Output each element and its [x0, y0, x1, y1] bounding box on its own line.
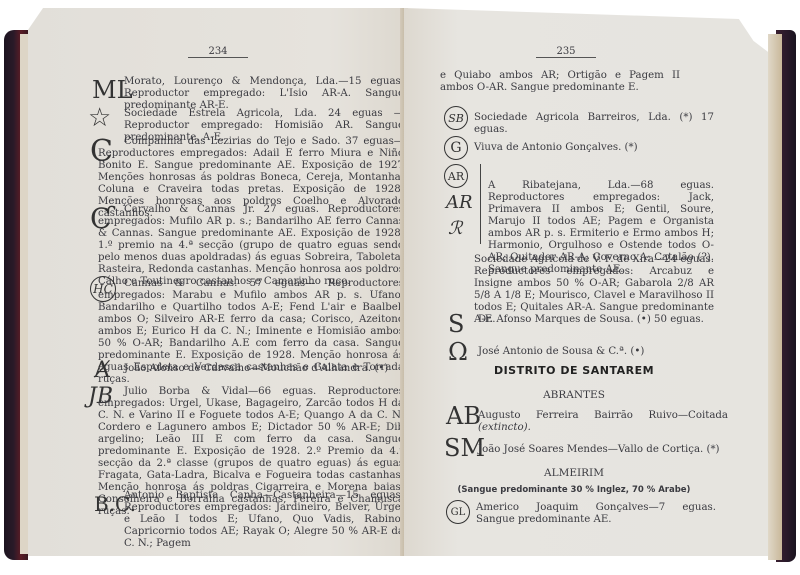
brand-mark-ar-circle-icon: AR	[444, 164, 468, 188]
page-edges-right	[768, 34, 782, 560]
brand-mark-js-icon: Ω	[448, 338, 468, 366]
page-number: 234	[188, 46, 248, 58]
brand-mark-g-circle-icon: G	[444, 136, 468, 160]
brand-mark-ar-icon: AR	[446, 192, 473, 213]
entry-morato: Morato, Lourenço & Mendonça, Lda.—15 egu…	[124, 76, 404, 112]
page-number: 235	[536, 46, 596, 58]
entry-continuation: e Quiabo ambos AR; Ortigão e Pagem II am…	[440, 70, 680, 94]
section-heading-abrantes: ABRANTES	[464, 389, 684, 401]
brand-mark-as-icon: S	[448, 310, 464, 338]
section-heading-almeirim: ALMEIRIM	[464, 467, 684, 479]
entry-jose-sousa: José Antonio de Sousa & C.ª. (•)	[478, 346, 718, 358]
bracket-line	[480, 164, 481, 244]
entry-joao-afonso: João Afonso de Carvalho—Mouchão d'Alhand…	[124, 363, 404, 375]
entry-viuva-goncalves: Viuva de Antonio Gonçalves. (*)	[474, 142, 714, 154]
brand-mark-gl-circle-icon: GL	[446, 500, 470, 524]
brand-mark-cross-a-icon: Ⱥ	[94, 358, 110, 383]
entry-afonso-marques: Dr. Afonso Marques de Sousa. (•) 50 egua…	[478, 314, 718, 326]
left-page: 234 ML Morato, Lourenço & Mendonça, Lda.…	[28, 8, 404, 556]
entry-bairrao-ruivo: Augusto Ferreira Bairrão Ruivo—Coitada (…	[478, 410, 728, 434]
brand-mark-star-icon: ☆	[88, 103, 111, 133]
brand-mark-sr-icon: ℛ	[448, 218, 462, 239]
district-heading: DISTRITO DE SANTAREM	[464, 364, 684, 377]
entry-antonio-baptista: Antonio Baptista Canha—Castanheira—15 eg…	[124, 490, 404, 550]
brand-mark-ab-icon: AB	[446, 402, 481, 430]
entry-barreiros: Sociedade Agricola Barreiros, Lda. (*) 1…	[474, 112, 714, 136]
entry-carvalho-cannas: Carvalho & Cannas Jr. 27 eguas. Reproduc…	[98, 204, 404, 288]
entry-soares-mendes: João José Soares Mendes—Vallo de Cortiça…	[478, 444, 728, 456]
brand-mark-sb-circle-icon: SB	[444, 106, 468, 130]
section-subheading-almeirim: (Sangue predominante 30 % Inglez, 70 % A…	[454, 485, 694, 495]
entry-americo-goncalves: Americo Joaquim Gonçalves—7 eguas. Sangu…	[476, 502, 716, 526]
right-page: 235 e Quiabo ambos AR; Ortigão e Pagem I…	[404, 8, 768, 556]
